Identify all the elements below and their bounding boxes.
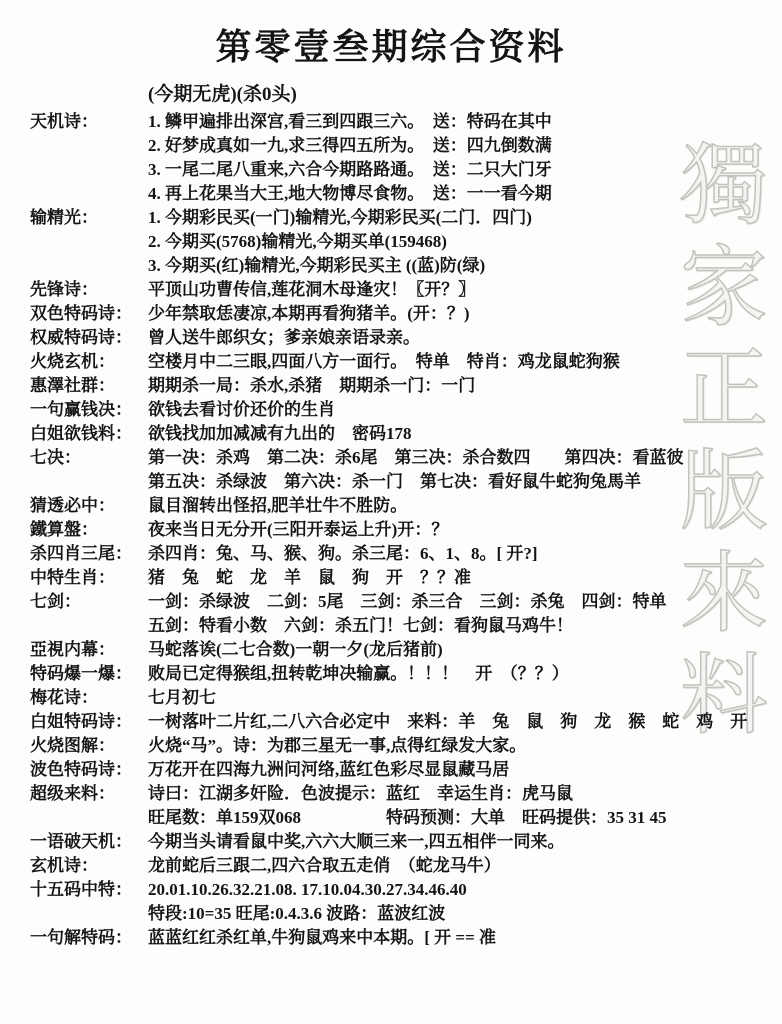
row-lines: 曾人送牛郎织女；爹亲娘亲语录亲。 <box>148 326 776 350</box>
row-lines: 七月初七 <box>148 686 776 710</box>
row-label: 波色特码诗： <box>30 758 148 782</box>
data-row: 天机诗：1. 鳞甲遍排出深宫,看三到四跟三六。 送：特码在其中2. 好梦成真如一… <box>30 110 776 206</box>
row-line: 特段:10=35 旺尾:0.4.3.6 波路：蓝波红波 <box>148 902 776 926</box>
row-line: 第五决：杀绿波 第六决：杀一门 第七决：看好鼠牛蛇狗兔馬羊 <box>148 470 776 494</box>
row-label: 火烧玄机： <box>30 350 148 374</box>
data-row: 梅花诗：七月初七 <box>30 686 776 710</box>
data-row: 白姐欲钱料：欲钱找加加减减有九出的 密码178 <box>30 422 776 446</box>
row-lines: 空楼月中二三眼,四面八方一面行。 特单 特肖：鸡龙鼠蛇狗猴 <box>148 350 776 374</box>
data-row: 猜透必中：鼠目溜转出怪招,肥羊壮牛不胜防。 <box>30 494 776 518</box>
data-row: 先锋诗：平顶山功曹传信,莲花洞木母逢灾！〖开？〗 <box>30 278 776 302</box>
row-line: 败局已定得猴组,扭转乾坤决输赢。！！！ 开 （？？） <box>148 662 776 686</box>
row-lines: 平顶山功曹传信,莲花洞木母逢灾！〖开？〗 <box>148 278 776 302</box>
row-lines: 败局已定得猴组,扭转乾坤决输赢。！！！ 开 （？？） <box>148 662 776 686</box>
row-label: 亞視内幕： <box>30 638 148 662</box>
data-row: 火烧玄机：空楼月中二三眼,四面八方一面行。 特单 特肖：鸡龙鼠蛇狗猴 <box>30 350 776 374</box>
data-row: 一句赢钱决：欲钱去看讨价还价的生肖 <box>30 398 776 422</box>
row-line: 2. 好梦成真如一九,求三得四五所为。 送：四九倒数满 <box>148 134 776 158</box>
row-label: 惠澤社群： <box>30 374 148 398</box>
row-lines: 杀四肖：兔、马、猴、狗。杀三尾：6、1、8。[ 开?] <box>148 542 776 566</box>
row-line: 马蛇落诶(二七合数)一朝一夕(龙后猪前) <box>148 638 776 662</box>
row-label: 白姐欲钱料： <box>30 422 148 446</box>
row-line: 3. 今期买(红)输精光,今期彩民买主 ((蓝)防(绿) <box>148 254 776 278</box>
row-lines: 鼠目溜转出怪招,肥羊壮牛不胜防。 <box>148 494 776 518</box>
row-label: 火烧图解： <box>30 734 148 758</box>
row-label: 玄机诗： <box>30 854 148 878</box>
row-lines: 龙前蛇后三跟二,四六合取五走俏 （蛇龙马牛） <box>148 854 776 878</box>
row-lines: 今期当头请看鼠中奖,六六大顺三来一,四五相伴一同来。 <box>148 830 776 854</box>
row-line: 七月初七 <box>148 686 776 710</box>
row-label: 一句赢钱决： <box>30 398 148 422</box>
row-line: 平顶山功曹传信,莲花洞木母逢灾！〖开？〗 <box>148 278 776 302</box>
row-line: 一剑：杀绿波 二剑：5尾 三剑：杀三合 三剑：杀兔 四剑：特单 <box>148 590 776 614</box>
data-row: 七决：第一决：杀鸡 第二决：杀6尾 第三决：杀合数四 第四决：看蓝彼第五决：杀绿… <box>30 446 776 494</box>
data-row: 白姐特码诗：一树落叶二片红,二八六合必定中 来料：羊 兔 鼠 狗 龙 猴 蛇 鸡… <box>30 710 776 734</box>
subtitle: (今期无虎)(杀0头) <box>148 79 782 106</box>
row-line: 一树落叶二片红,二八六合必定中 来料：羊 兔 鼠 狗 龙 猴 蛇 鸡 开 <box>148 710 776 734</box>
row-line: 今期当头请看鼠中奖,六六大顺三来一,四五相伴一同来。 <box>148 830 776 854</box>
data-row: 鐵算盤：夜来当日无分开(三阳开泰运上升)开：？ <box>30 518 776 542</box>
row-line: 旺尾数：单159双068 特码预测：大单 旺码提供：35 31 45 <box>148 806 776 830</box>
row-label: 天机诗： <box>30 110 148 134</box>
row-label: 超级来料： <box>30 782 148 806</box>
row-lines: 1. 今期彩民买(一门)输精光,今期彩民买(二门．四门)2. 今期买(5768)… <box>148 206 776 278</box>
row-lines: 马蛇落诶(二七合数)一朝一夕(龙后猪前) <box>148 638 776 662</box>
data-row: 超级来料：诗曰：江湖多奸险．色波提示：蓝红 幸运生肖：虎马鼠旺尾数：单159双0… <box>30 782 776 830</box>
data-row: 十五码中特：20.01.10.26.32.21.08. 17.10.04.30.… <box>30 878 776 926</box>
row-label: 中特生肖： <box>30 566 148 590</box>
row-line: 1. 鳞甲遍排出深宫,看三到四跟三六。 送：特码在其中 <box>148 110 776 134</box>
row-line: 五剑：特看小数 六剑：杀五门！七剑：看狗鼠马鸡牛！ <box>148 614 776 638</box>
row-line: 鼠目溜转出怪招,肥羊壮牛不胜防。 <box>148 494 776 518</box>
data-row: 权威特码诗：曾人送牛郎织女；爹亲娘亲语录亲。 <box>30 326 776 350</box>
row-lines: 20.01.10.26.32.21.08. 17.10.04.30.27.34.… <box>148 878 776 926</box>
row-label: 鐵算盤： <box>30 518 148 542</box>
data-row: 七剑：一剑：杀绿波 二剑：5尾 三剑：杀三合 三剑：杀兔 四剑：特单五剑：特看小… <box>30 590 776 638</box>
row-line: 龙前蛇后三跟二,四六合取五走俏 （蛇龙马牛） <box>148 854 776 878</box>
row-line: 夜来当日无分开(三阳开泰运上升)开：？ <box>148 518 776 542</box>
row-label: 十五码中特： <box>30 878 148 902</box>
row-line: 欲钱去看讨价还价的生肖 <box>148 398 776 422</box>
row-line: 曾人送牛郎织女；爹亲娘亲语录亲。 <box>148 326 776 350</box>
row-line: 第一决：杀鸡 第二决：杀6尾 第三决：杀合数四 第四决：看蓝彼 <box>148 446 776 470</box>
data-row: 双色特码诗：少年禁取恁凄凉,本期再看狗猪羊。(开：？) <box>30 302 776 326</box>
row-label: 先锋诗： <box>30 278 148 302</box>
row-label: 一句解特码： <box>30 926 148 950</box>
data-row: 亞視内幕：马蛇落诶(二七合数)一朝一夕(龙后猪前) <box>30 638 776 662</box>
row-lines: 蓝蓝红红杀红单,牛狗鼠鸡来中本期。[ 开 == 准 <box>148 926 776 950</box>
row-line: 少年禁取恁凄凉,本期再看狗猪羊。(开：？) <box>148 302 776 326</box>
row-line: 欲钱找加加减减有九出的 密码178 <box>148 422 776 446</box>
row-lines: 火烧“马”。诗：为郡三星无一事,点得红绿发大家。 <box>148 734 776 758</box>
row-line: 杀四肖：兔、马、猴、狗。杀三尾：6、1、8。[ 开?] <box>148 542 776 566</box>
data-row: 输精光：1. 今期彩民买(一门)输精光,今期彩民买(二门．四门)2. 今期买(5… <box>30 206 776 278</box>
row-label: 杀四肖三尾： <box>30 542 148 566</box>
row-line: 2. 今期买(5768)输精光,今期买单(159468) <box>148 230 776 254</box>
row-lines: 万花开在四海九洲问河络,蓝红色彩尽显鼠藏马居 <box>148 758 776 782</box>
data-row: 中特生肖：猪 兔 蛇 龙 羊 鼠 狗 开 ？？准 <box>30 566 776 590</box>
data-row: 特码爆一爆：败局已定得猴组,扭转乾坤决输赢。！！！ 开 （？？） <box>30 662 776 686</box>
data-row: 玄机诗：龙前蛇后三跟二,四六合取五走俏 （蛇龙马牛） <box>30 854 776 878</box>
row-line: 万花开在四海九洲问河络,蓝红色彩尽显鼠藏马居 <box>148 758 776 782</box>
row-lines: 夜来当日无分开(三阳开泰运上升)开：？ <box>148 518 776 542</box>
row-line: 1. 今期彩民买(一门)输精光,今期彩民买(二门．四门) <box>148 206 776 230</box>
data-row: 惠澤社群：期期杀一局：杀水,杀猪 期期杀一门：一门 <box>30 374 776 398</box>
row-label: 七剑： <box>30 590 148 614</box>
row-line: 蓝蓝红红杀红单,牛狗鼠鸡来中本期。[ 开 == 准 <box>148 926 776 950</box>
row-label: 猜透必中： <box>30 494 148 518</box>
row-label: 双色特码诗： <box>30 302 148 326</box>
row-lines: 欲钱去看讨价还价的生肖 <box>148 398 776 422</box>
row-line: 期期杀一局：杀水,杀猪 期期杀一门：一门 <box>148 374 776 398</box>
row-lines: 诗曰：江湖多奸险．色波提示：蓝红 幸运生肖：虎马鼠旺尾数：单159双068 特码… <box>148 782 776 830</box>
row-line: 猪 兔 蛇 龙 羊 鼠 狗 开 ？？准 <box>148 566 776 590</box>
row-line: 诗曰：江湖多奸险．色波提示：蓝红 幸运生肖：虎马鼠 <box>148 782 776 806</box>
row-lines: 第一决：杀鸡 第二决：杀6尾 第三决：杀合数四 第四决：看蓝彼第五决：杀绿波 第… <box>148 446 776 494</box>
data-row: 一句解特码：蓝蓝红红杀红单,牛狗鼠鸡来中本期。[ 开 == 准 <box>30 926 776 950</box>
data-row: 火烧图解：火烧“马”。诗：为郡三星无一事,点得红绿发大家。 <box>30 734 776 758</box>
data-row: 波色特码诗：万花开在四海九洲问河络,蓝红色彩尽显鼠藏马居 <box>30 758 776 782</box>
row-label: 特码爆一爆： <box>30 662 148 686</box>
row-lines: 期期杀一局：杀水,杀猪 期期杀一门：一门 <box>148 374 776 398</box>
row-line: 20.01.10.26.32.21.08. 17.10.04.30.27.34.… <box>148 878 776 902</box>
row-lines: 猪 兔 蛇 龙 羊 鼠 狗 开 ？？准 <box>148 566 776 590</box>
row-label: 一语破天机： <box>30 830 148 854</box>
row-line: 空楼月中二三眼,四面八方一面行。 特单 特肖：鸡龙鼠蛇狗猴 <box>148 350 776 374</box>
data-row: 杀四肖三尾：杀四肖：兔、马、猴、狗。杀三尾：6、1、8。[ 开?] <box>30 542 776 566</box>
row-lines: 一树落叶二片红,二八六合必定中 来料：羊 兔 鼠 狗 龙 猴 蛇 鸡 开 <box>148 710 776 734</box>
row-line: 火烧“马”。诗：为郡三星无一事,点得红绿发大家。 <box>148 734 776 758</box>
row-label: 七决： <box>30 446 148 470</box>
data-row: 一语破天机：今期当头请看鼠中奖,六六大顺三来一,四五相伴一同来。 <box>30 830 776 854</box>
page-title: 第零壹叁期综合资料 <box>0 0 782 69</box>
row-lines: 欲钱找加加减减有九出的 密码178 <box>148 422 776 446</box>
row-label: 输精光： <box>30 206 148 230</box>
row-lines: 少年禁取恁凄凉,本期再看狗猪羊。(开：？) <box>148 302 776 326</box>
row-label: 白姐特码诗： <box>30 710 148 734</box>
row-line: 4. 再上花果当大王,地大物博尽食物。 送：一一看今期 <box>148 182 776 206</box>
row-line: 3. 一尾二尾八重来,六合今期路路通。 送：二只大门牙 <box>148 158 776 182</box>
lottery-tip-sheet: 獨家正版來料 第零壹叁期综合资料 (今期无虎)(杀0头) 天机诗：1. 鳞甲遍排… <box>0 0 782 1024</box>
row-label: 权威特码诗： <box>30 326 148 350</box>
row-label: 梅花诗： <box>30 686 148 710</box>
row-lines: 1. 鳞甲遍排出深宫,看三到四跟三六。 送：特码在其中2. 好梦成真如一九,求三… <box>148 110 776 206</box>
content-rows: 天机诗：1. 鳞甲遍排出深宫,看三到四跟三六。 送：特码在其中2. 好梦成真如一… <box>30 110 776 950</box>
row-lines: 一剑：杀绿波 二剑：5尾 三剑：杀三合 三剑：杀兔 四剑：特单五剑：特看小数 六… <box>148 590 776 638</box>
